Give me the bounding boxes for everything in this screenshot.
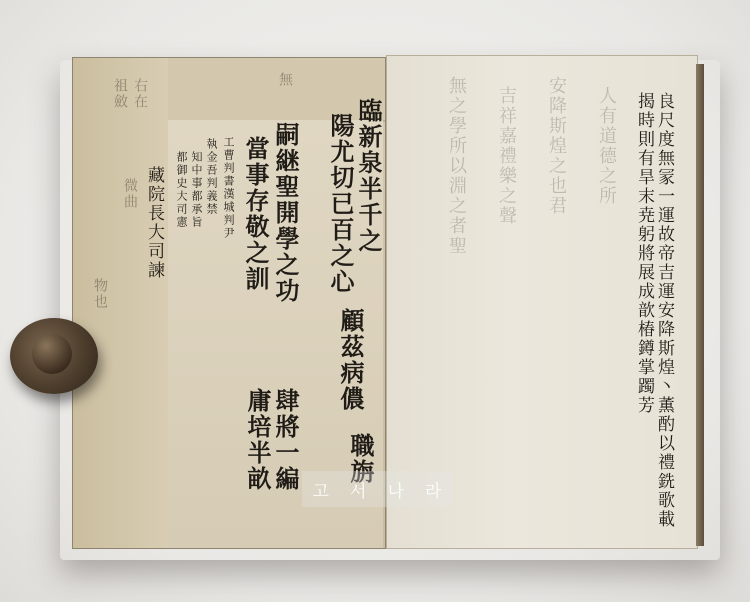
watermark: 고 서 나 라 [302, 471, 452, 507]
paperweight [10, 318, 98, 394]
column-big: 嗣継聖開學之功 [273, 122, 297, 304]
watermark-char: 서 [350, 477, 366, 502]
column-text: 揭時則有旱末尭躬將展成歆椿鐏掌躅芳 [635, 92, 652, 415]
watermark-char: 나 [388, 477, 404, 502]
bleed-through-text: 安降斯煌之也君 [547, 76, 565, 216]
book-edge [696, 64, 704, 546]
strip-text: 物也 [93, 278, 107, 310]
paperweight-knob [32, 334, 72, 374]
strip-text: 微曲 [123, 178, 137, 210]
column-small: 藏院長大司諫 [145, 166, 162, 280]
bleed-through-text: 無之學所以淵之者聖 [447, 76, 465, 256]
bleed-through-text: 吉祥嘉禮樂之聲 [497, 86, 515, 226]
watermark-char: 고 [313, 477, 329, 502]
watermark-char: 라 [425, 477, 441, 502]
column-big: 肆將一編 [273, 388, 297, 492]
column-small: 執金吾判義禁 [206, 138, 217, 216]
column-big: 顧茲病儂 [338, 308, 362, 412]
column-big: 當事存敬之訓 [243, 136, 267, 292]
column-small: 工曹判書漢城判尹 [223, 136, 234, 240]
column-text: 良尺度無冡一運故帝吉運安降斯煌丶薫酌以禮銑歌載 [655, 92, 672, 529]
column-small: 知中事都承旨 [191, 151, 202, 229]
strip-text: 右在 [133, 78, 147, 110]
left-page-strip: 右在 祖斂 微曲 物也 [73, 58, 169, 548]
strip-text: 祖斂 [113, 78, 127, 110]
column-big: 庸培半畝 [245, 388, 269, 492]
flap-text: 無 [278, 72, 292, 88]
bleed-through-text: 人有道德之所 [597, 86, 615, 206]
column-small: 都御史大司憲 [176, 151, 187, 229]
column-big: 臨新泉半千之 [356, 98, 380, 254]
column-big: 陽尤切已百之心 [328, 113, 352, 295]
